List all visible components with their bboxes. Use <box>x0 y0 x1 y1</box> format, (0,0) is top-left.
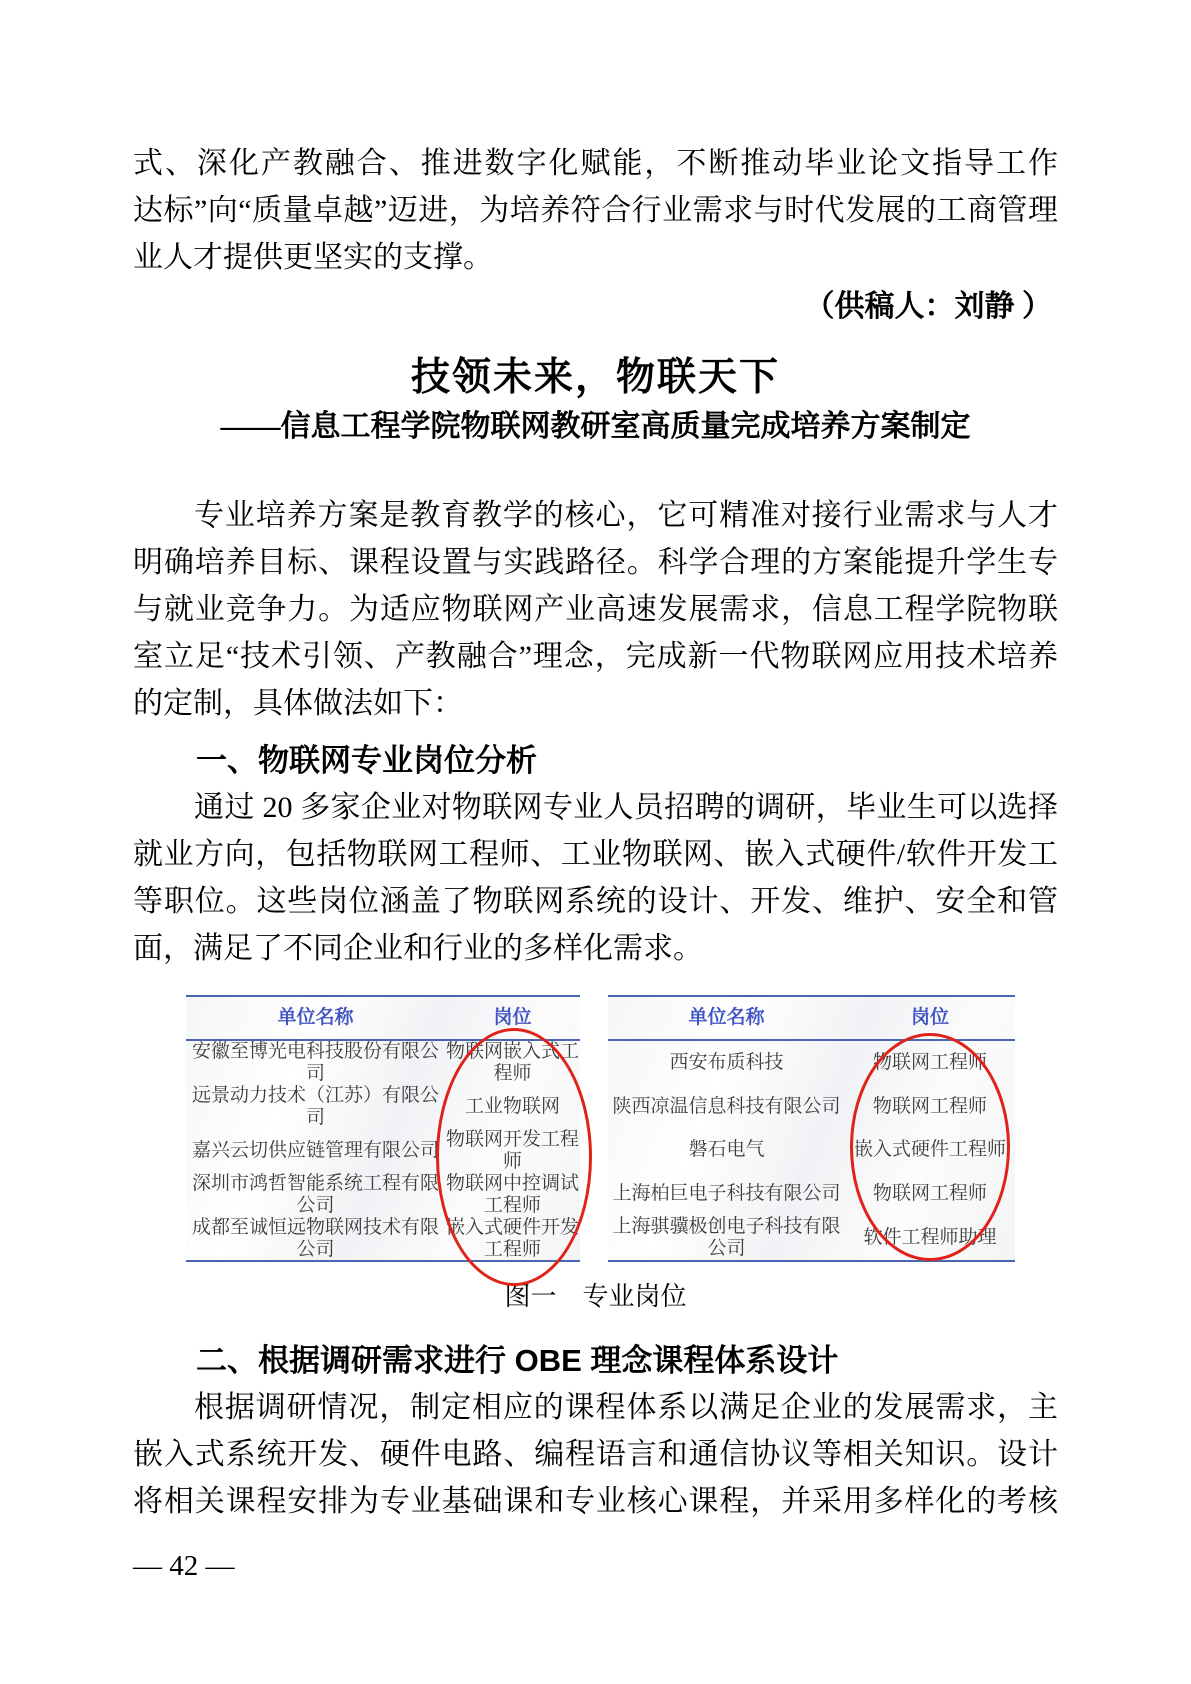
table-header-row: 单位名称 岗位 <box>608 997 1015 1041</box>
paragraph-line: 就业方向，包括物联网工程师、工业物联网、嵌入式硬件/软件开发工程师 <box>133 831 1058 878</box>
table-row: 磐石电气 嵌入式硬件工程师 <box>608 1129 1015 1173</box>
section-heading-1: 一、物联网专业岗位分析 <box>133 737 1058 784</box>
column-header-position: 岗位 <box>845 1007 1015 1029</box>
paragraph-line: 根据调研情况，制定相应的课程体系以满足企业的发展需求，主要涉及 <box>133 1384 1058 1431</box>
company-cell: 陕西凉温信息科技有限公司 <box>608 1096 845 1118</box>
position-cell: 物联网嵌入式工程师 <box>445 1041 580 1085</box>
table-row: 安徽至博光电科技股份有限公司 物联网嵌入式工程师 <box>186 1041 580 1085</box>
position-cell: 物联网工程师 <box>845 1183 1015 1205</box>
paragraph-line: 嵌入式系统开发、硬件电路、编程语言和通信协议等相关知识。设计课程时 <box>133 1431 1058 1478</box>
position-cell: 物联网工程师 <box>845 1052 1015 1074</box>
paragraph-line: 明确培养目标、课程设置与实践路径。科学合理的方案能提升学生专业能力 <box>133 539 1058 586</box>
paragraph-line: 室立足“技术引领、产教融合”理念，完成新一代物联网应用技术培养方案 <box>133 633 1058 680</box>
company-cell: 深圳市鸿哲智能系统工程有限公司 <box>186 1173 445 1217</box>
page-number: — 42 — <box>133 1543 1058 1590</box>
company-cell: 远景动力技术（江苏）有限公司 <box>186 1085 445 1129</box>
company-cell: 上海骐骥极创电子科技有限公司 <box>608 1216 845 1260</box>
paragraph-line: 面，满足了不同企业和行业的多样化需求。 <box>133 925 1058 972</box>
table-row: 上海柏巨电子科技有限公司 物联网工程师 <box>608 1172 1015 1216</box>
paragraph-line: 与就业竞争力。为适应物联网产业高速发展需求，信息工程学院物联网教研 <box>133 586 1058 633</box>
company-cell: 西安布质科技 <box>608 1052 845 1074</box>
table-row: 深圳市鸿哲智能系统工程有限公司 物联网中控调试工程师 <box>186 1173 580 1217</box>
table-row: 上海骐骥极创电子科技有限公司 软件工程师助理 <box>608 1216 1015 1260</box>
table-row: 陕西凉温信息科技有限公司 物联网工程师 <box>608 1085 1015 1129</box>
table-row: 西安布质科技 物联网工程师 <box>608 1041 1015 1085</box>
article-subtitle: ——信息工程学院物联网教研室高质量完成培养方案制定 <box>133 404 1058 450</box>
intro-line: 式、深化产教融合、推进数字化赋能，不断推动毕业论文指导工作从“规范 <box>133 140 1058 187</box>
byline: （供稿人：刘静 ） <box>133 283 1058 330</box>
article-title: 技领未来，物联天下 <box>133 352 1058 404</box>
recruitment-table-left: 单位名称 岗位 安徽至博光电科技股份有限公司 物联网嵌入式工程师 远景动力技术（… <box>186 995 580 1262</box>
figure-caption: 图一 专业岗位 <box>133 1277 1058 1317</box>
table-row: 成都至诚恒远物联网技术有限公司 嵌入式硬件开发工程师 <box>186 1217 580 1261</box>
company-cell: 成都至诚恒远物联网技术有限公司 <box>186 1217 445 1261</box>
table-row: 远景动力技术（江苏）有限公司 工业物联网 <box>186 1085 580 1129</box>
position-cell: 嵌入式硬件开发工程师 <box>445 1217 580 1261</box>
position-cell: 物联网开发工程师 <box>445 1129 580 1173</box>
company-cell: 磐石电气 <box>608 1139 845 1161</box>
paragraph-line: 通过 20 多家企业对物联网专业人员招聘的调研，毕业生可以选择多种 <box>133 784 1058 831</box>
position-cell: 工业物联网 <box>445 1096 580 1118</box>
table-row: 嘉兴云切供应链管理有限公司 物联网开发工程师 <box>186 1129 580 1173</box>
column-header-company: 单位名称 <box>186 1007 445 1029</box>
column-header-position: 岗位 <box>445 1007 580 1029</box>
document-page: 式、深化产教融合、推进数字化赋能，不断推动毕业论文指导工作从“规范 达标”向“质… <box>0 0 1191 1684</box>
paragraph-line: 的定制，具体做法如下： <box>133 680 1058 727</box>
position-cell: 物联网工程师 <box>845 1096 1015 1118</box>
paragraph-line: 将相关课程安排为专业基础课和专业核心课程，并采用多样化的考核方式， <box>133 1478 1058 1525</box>
section-heading-2: 二、根据调研需求进行 OBE 理念课程体系设计 <box>133 1337 1058 1384</box>
column-header-company: 单位名称 <box>608 1007 845 1029</box>
position-cell: 物联网中控调试工程师 <box>445 1173 580 1217</box>
recruitment-table-right: 单位名称 岗位 西安布质科技 物联网工程师 陕西凉温信息科技有限公司 物联网工程… <box>608 995 1015 1262</box>
position-cell: 嵌入式硬件工程师 <box>845 1139 1015 1161</box>
intro-line: 业人才提供更坚实的支撑。 <box>133 234 1058 281</box>
paragraph-line: 等职位。这些岗位涵盖了物联网系统的设计、开发、维护、安全和管理等方 <box>133 878 1058 925</box>
paragraph-line: 专业培养方案是教育教学的核心，它可精准对接行业需求与人才标准， <box>133 492 1058 539</box>
company-cell: 嘉兴云切供应链管理有限公司 <box>186 1140 445 1162</box>
company-cell: 安徽至博光电科技股份有限公司 <box>186 1041 445 1085</box>
figure-job-tables: 单位名称 岗位 安徽至博光电科技股份有限公司 物联网嵌入式工程师 远景动力技术（… <box>186 995 1015 1267</box>
position-cell: 软件工程师助理 <box>845 1227 1015 1249</box>
intro-line: 达标”向“质量卓越”迈进，为培养符合行业需求与时代发展的工商管理专 <box>133 187 1058 234</box>
company-cell: 上海柏巨电子科技有限公司 <box>608 1183 845 1205</box>
table-header-row: 单位名称 岗位 <box>186 997 580 1041</box>
